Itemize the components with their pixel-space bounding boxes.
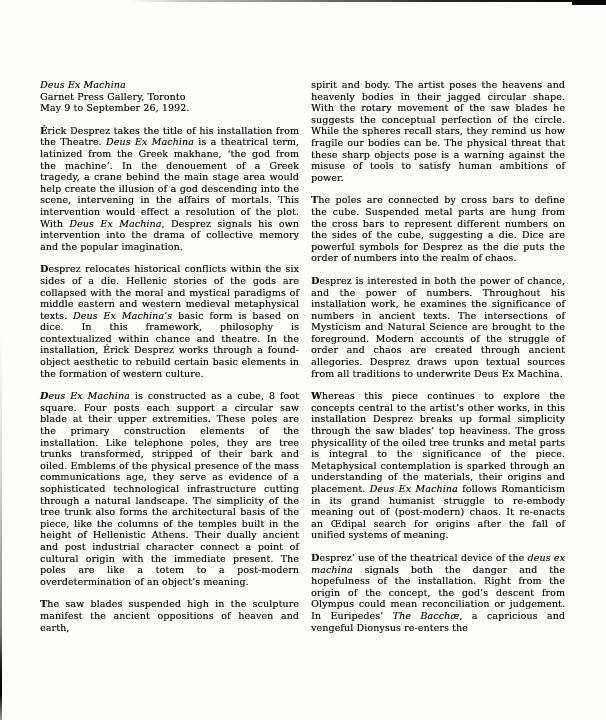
text-segment: he saw blades suspended high in the scul… (40, 599, 299, 633)
paragraph: Desprez’ use of the theatrical device of… (311, 553, 565, 634)
paragraph: Desprez is interested in both the power … (311, 276, 565, 380)
document-header: Deus Ex Machina Garnet Press Gallery, To… (40, 80, 299, 115)
scan-artifact-top-edge (0, 0, 606, 2)
gallery-line: Garnet Press Gallery, Toronto (40, 92, 299, 104)
doc-title: Deus Ex Machina (40, 80, 299, 92)
text-segment: W (311, 391, 322, 402)
paragraph: Desprez relocates historical conflicts w… (40, 264, 299, 380)
text-segment: spirit and body. The artist poses the he… (311, 80, 565, 184)
text-segment: Deus Ex Machina (106, 137, 194, 148)
scanned-document-page: Deus Ex Machina Garnet Press Gallery, To… (0, 0, 606, 720)
text-segment: The Bacchæ (393, 611, 460, 622)
text-segment: Deus Ex Machina (370, 484, 458, 495)
scan-artifact-corner-blob (572, 0, 606, 5)
date-line: May 9 to September 26, 1992. (40, 103, 299, 115)
text-segment: esprez’ use of the theatrical device of … (319, 553, 527, 564)
paragraph: Érick Desprez takes the title of his ins… (40, 126, 299, 254)
text-segment: is a theatrical term, latinized from the… (40, 137, 299, 229)
paragraph: Deus Ex Machina is constructed as a cube… (40, 391, 299, 588)
paragraph: The saw blades suspended high in the scu… (40, 599, 299, 634)
paragraph: The poles are connected by cross bars to… (311, 195, 565, 265)
scan-artifact-left-edge (0, 335, 2, 720)
text-segment: he poles are connected by cross bars to … (311, 195, 565, 264)
text-segment: Deus Ex Machina (69, 219, 161, 230)
paragraph: spirit and body. The artist poses the he… (311, 80, 565, 184)
right-column: spirit and body. The artist poses the he… (311, 80, 565, 634)
text-segment: hereas this piece continues to explore t… (311, 391, 565, 495)
paragraph: Whereas this piece continues to explore … (311, 391, 565, 542)
text-segment: esprez is interested in both the power o… (311, 276, 565, 380)
text-segment: eus Ex Machina (48, 391, 130, 402)
left-column: Deus Ex Machina Garnet Press Gallery, To… (40, 80, 299, 634)
text-segment: is constructed as a cube, 8 foot square.… (40, 391, 299, 588)
text-segment: Deus Ex Machina’s (73, 311, 172, 322)
